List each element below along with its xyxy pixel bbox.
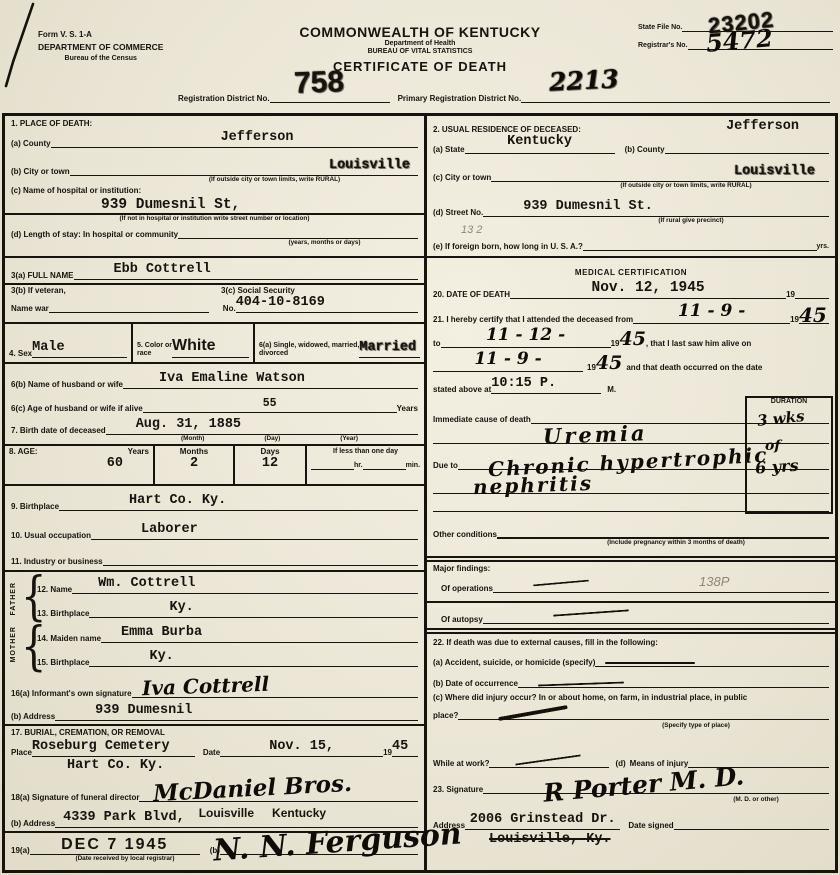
left-column: 1. PLACE OF DEATH: (a) County Jefferson …	[5, 116, 427, 870]
date-of-death-row: 20. DATE OF DEATH Nov. 12, 1945 19	[427, 276, 835, 302]
fullname-value: Ebb Cottrell	[114, 262, 211, 277]
to-label: to	[433, 339, 441, 348]
industry-row: 11. Industry or business	[5, 543, 424, 572]
father-side-label: FATHER	[10, 582, 17, 615]
place-hospital-value: 939 Dumesnil St,	[101, 197, 240, 213]
alive-value: 11 - 9 -	[474, 349, 541, 369]
spouse-value: Iva Emaline Watson	[159, 371, 305, 386]
veteran-label: 3(b) If veteran,	[11, 286, 221, 295]
operations-label: Of operations	[441, 584, 493, 593]
other-conditions-row: Other conditions (Include pregnancy with…	[427, 526, 835, 556]
mother-name-label: 14. Maiden name	[37, 634, 101, 643]
dept-health: Department of Health	[250, 40, 590, 48]
age-label: 8. AGE:	[9, 447, 38, 456]
father-brace: {	[21, 574, 37, 621]
major-findings-label: Major findings:	[433, 564, 829, 573]
duration-value-2: of	[765, 438, 831, 454]
header-right: State File No. 23202 Registrar's No. 547…	[638, 24, 833, 50]
birthdate-label: 7. Birth date of deceased	[11, 426, 106, 435]
dept-commerce: DEPARTMENT OF COMMERCE	[38, 43, 163, 53]
age-less-label: If less than one day	[311, 448, 420, 456]
industry-label: 11. Industry or business	[11, 557, 103, 566]
burial-title: 17. BURIAL, CREMATION, OR REMOVAL	[11, 728, 418, 737]
burial-date-value: Nov. 15,	[269, 739, 334, 754]
time-of-death-value: 10:15 P.	[491, 376, 556, 391]
place-county-value: Jefferson	[221, 130, 294, 145]
dod-label: 20. DATE OF DEATH	[433, 290, 510, 299]
dod-year-prefix: 19	[786, 290, 795, 299]
attended-to-value: 11 - 12 -	[486, 325, 565, 345]
birthplace-row: 9. Birthplace Hart Co. Ky.	[5, 486, 424, 514]
to-year-value: 45	[619, 328, 645, 350]
birthplace-label: 9. Birthplace	[11, 502, 59, 511]
age-section: 8. AGE: Years 60 Months 2 Days 12 If les…	[5, 446, 424, 486]
primary-district-label: Primary Registration District No.	[398, 94, 522, 103]
age-years-value: 60	[9, 456, 149, 471]
external-c-label1: (c) Where did injury occur? In or about …	[433, 693, 829, 702]
place-hospital-note: (If not in hospital or institution write…	[11, 215, 418, 222]
informant-addr-label: (b) Address	[11, 712, 55, 721]
birthdate-row: 7. Birth date of deceased Aug. 31, 1885 …	[5, 416, 424, 446]
form-number: Form V. S. 1-A	[38, 30, 163, 39]
duration-value-3: 6 yrs	[754, 453, 831, 477]
residence-street-note: (If rural give precinct)	[553, 217, 829, 224]
informant-sig-label: 16(a) Informant's own signature	[11, 689, 132, 698]
physician-sig-note: (M. D. or other)	[683, 796, 829, 803]
occupation-value: Laborer	[141, 522, 198, 537]
day-note: (Day)	[264, 435, 280, 442]
residence-section: 2. USUAL RESIDENCE OF DECEASED: Jefferso…	[427, 116, 835, 258]
residence-county-value: Jefferson	[726, 119, 799, 134]
medical-title-row: MEDICAL CERTIFICATION	[427, 258, 835, 276]
from-year-prefix: 19	[790, 315, 799, 324]
operations-pencil-note: 138P	[699, 574, 729, 589]
autopsy-label: Of autopsy	[441, 615, 483, 624]
certify-text-3: and that death occurred on the date	[626, 363, 762, 372]
race-label2: race	[137, 350, 172, 358]
received-date-stamp: DEC 7 1945	[61, 836, 168, 854]
place-stay-label: (d) Length of stay: In hospital or commu…	[11, 230, 178, 239]
received-label: 19(a)	[11, 846, 30, 855]
age-min-label: min.	[406, 462, 420, 470]
alive-year-value: 45	[596, 352, 622, 374]
marital-label1: 6(a) Single, widowed, married,	[259, 342, 359, 350]
sex-label: 4. Sex	[9, 349, 32, 358]
physician-addr-value: 2006 Grinstead Dr.	[470, 812, 616, 827]
external-c-note: (Specify type of place)	[563, 722, 829, 729]
veteran-label2: Name war	[11, 304, 49, 313]
place-title: 1. PLACE OF DEATH:	[11, 119, 92, 128]
bureau-vital: BUREAU OF VITAL STATISTICS	[250, 48, 590, 56]
spouse-row: 6(b) Name of husband or wife Iva Emaline…	[5, 364, 424, 392]
marital-value: Married	[359, 340, 416, 355]
place-city-note: (If outside city or town limits, write R…	[131, 176, 418, 183]
pen-mark	[553, 610, 629, 617]
physician-addr-value2: Louisville, Ky.	[489, 832, 829, 847]
external-title: 22. If death was due to external causes,…	[433, 638, 829, 647]
sex-value: Male	[32, 340, 64, 355]
external-causes-section: 22. If death was due to external causes,…	[427, 634, 835, 746]
meridiem-label: M.	[607, 385, 616, 394]
cause-of-death-section: Immediate cause of death Uremia Due to C…	[427, 398, 835, 526]
residence-city-value: Louisville	[734, 164, 815, 179]
residence-state-label: (a) State	[433, 145, 465, 154]
physician-sig-label: 23. Signature	[433, 785, 483, 794]
veteran-ss-section: 3(b) If veteran, 3(c) Social Security Na…	[5, 285, 424, 324]
occupation-label: 10. Usual occupation	[11, 531, 91, 540]
from-year-value: 45	[799, 303, 827, 327]
burial-date-label: Date	[203, 748, 220, 757]
residence-city-label: (c) City or town	[433, 173, 491, 182]
external-b-label: (b) Date of occurrence	[433, 679, 518, 688]
burial-year-prefix: 19	[383, 748, 392, 757]
certify-text-2: , that I last saw him alive on	[646, 339, 751, 348]
burial-year-value: 45	[392, 739, 408, 754]
pen-mark	[605, 662, 695, 664]
duration-value-1: 3 wks	[756, 404, 831, 430]
spouse-age-row: 6(c) Age of husband or wife if alive 55 …	[5, 392, 424, 416]
birthdate-value: Aug. 31, 1885	[136, 417, 241, 432]
external-a-label: (a) Accident, suicide, or homicide (spec…	[433, 658, 595, 667]
place-city-value: Louisville	[329, 158, 410, 173]
year-note: (Year)	[340, 435, 358, 442]
to-year-prefix: 19	[611, 339, 620, 348]
state-file-label: State File No.	[638, 24, 682, 32]
registrar-section: 19(a) DEC 7 1945 (b) (Date received by l…	[5, 833, 424, 870]
right-column: 2. USUAL RESIDENCE OF DECEASED: Jefferso…	[427, 116, 835, 870]
informant-signature: Iva Cottrell	[141, 672, 269, 700]
fullname-label: 3(a) FULL NAME	[11, 271, 74, 280]
death-certificate-scan: Form V. S. 1-A DEPARTMENT OF COMMERCE Bu…	[0, 0, 840, 875]
funeral-director-signature: McDaniel Bros.	[153, 770, 353, 807]
attended-from-value: 11 - 9 -	[678, 301, 745, 321]
residence-street-value: 939 Dumesnil St.	[523, 199, 653, 214]
funeral-director-row: 18(a) Signature of funeral director McDa…	[5, 776, 424, 804]
certificate-body: 1. PLACE OF DEATH: (a) County Jefferson …	[2, 113, 838, 873]
place-county-label: (a) County	[11, 139, 51, 148]
funeral-addr-label: (b) Address	[11, 819, 55, 828]
race-value: White	[172, 337, 216, 355]
while-at-work-label: While at work?	[433, 759, 489, 768]
burial-place-label: Place	[11, 748, 32, 757]
header-left: Form V. S. 1-A DEPARTMENT OF COMMERCE Bu…	[38, 30, 163, 63]
funeral-city: Louisville	[199, 806, 254, 820]
funeral-director-label: 18(a) Signature of funeral director	[11, 793, 139, 802]
burial-place-value: Roseburg Cemetery	[32, 739, 170, 754]
bureau-census: Bureau of the Census	[38, 55, 163, 63]
age-hr-label: hr.	[354, 462, 363, 470]
residence-foreign-suffix: yrs.	[817, 243, 829, 251]
burial-place-value2: Hart Co. Ky.	[67, 758, 418, 773]
informant-address-row: (b) Address 939 Dumesnil	[5, 700, 424, 726]
father-name-value: Wm. Cottrell	[98, 576, 195, 591]
residence-title: 2. USUAL RESIDENCE OF DECEASED:	[433, 125, 581, 134]
place-of-death-section: 1. PLACE OF DEATH: (a) County Jefferson …	[5, 116, 424, 258]
sex-race-marital-section: 4. Sex Male 5. Color or race White 6(a) …	[5, 324, 424, 364]
registrar-number: 5472	[705, 23, 774, 58]
district-line: Registration District No. 758 Primary Re…	[178, 92, 830, 103]
dod-value: Nov. 12, 1945	[592, 280, 705, 296]
physician-signature-row: 23. Signature R Porter M. D. (M. D. or o…	[427, 770, 835, 806]
pen-mark	[538, 682, 624, 687]
parents-section: FATHER MOTHER { { 12. Name Wm. Cottrell …	[5, 572, 424, 672]
occupation-row: 10. Usual occupation Laborer	[5, 514, 424, 543]
fullname-row: 3(a) FULL NAME Ebb Cottrell	[5, 258, 424, 285]
cause-label: Immediate cause of death	[433, 415, 531, 424]
major-findings-section: Major findings: Of operations 138P Of au…	[427, 562, 835, 628]
pen-scribble-mark	[499, 705, 569, 721]
ss-value: 404-10-8169	[236, 295, 325, 310]
other-conditions-label: Other conditions	[433, 530, 497, 539]
reg-district-number: 758	[293, 65, 344, 101]
burial-section: 17. BURIAL, CREMATION, OR REMOVAL Place …	[5, 726, 424, 776]
spouse-label: 6(b) Name of husband or wife	[11, 380, 123, 389]
reg-district-label: Registration District No.	[178, 94, 270, 103]
birthplace-value: Hart Co. Ky.	[129, 493, 226, 508]
place-hospital-label: (c) Name of hospital or institution:	[11, 186, 141, 195]
age-years-label: Years	[128, 447, 149, 456]
spouse-age-value: 55	[263, 397, 277, 410]
mother-brace: {	[21, 624, 37, 671]
residence-county-label: (b) County	[625, 145, 665, 154]
residence-street-label: (d) Street No.	[433, 208, 483, 217]
ss-no-label: No.	[223, 304, 236, 313]
mother-name-value: Emma Burba	[121, 625, 202, 640]
funeral-state: Kentucky	[272, 806, 326, 820]
ss-label: 3(c) Social Security	[221, 286, 295, 295]
spouse-age-suffix: Years	[397, 404, 418, 413]
registrar-no-label: Registrar's No.	[638, 42, 688, 50]
external-c-label2: place?	[433, 711, 458, 720]
age-days-label: Days	[239, 447, 301, 456]
certify-text-4: stated above at	[433, 385, 491, 394]
marital-label2: divorced	[259, 350, 359, 358]
certification-section: 21. I hereby certify that I attended the…	[427, 302, 835, 398]
pencil-note: 13 2	[461, 224, 829, 236]
residence-city-note: (If outside city or town limits, write R…	[543, 182, 829, 189]
month-note: (Month)	[181, 435, 204, 442]
physician-address-section: Address 2006 Grinstead Dr. Date signed L…	[427, 806, 835, 870]
mother-side-label: MOTHER	[10, 626, 17, 662]
mother-birthplace-value: Ky.	[149, 649, 173, 664]
commonwealth-title: COMMONWEALTH OF KENTUCKY	[250, 24, 590, 40]
place-city-label: (b) City or town	[11, 167, 70, 176]
other-conditions-note: (Include pregnancy within 3 months of de…	[523, 539, 829, 546]
alive-year-prefix: 19	[587, 363, 596, 372]
received-note: (Date received by local registrar)	[35, 855, 215, 862]
age-days-value: 12	[239, 456, 301, 471]
spouse-age-label: 6(c) Age of husband or wife if alive	[11, 404, 143, 413]
funeral-addr-value: 4339 Park Blvd,	[63, 810, 185, 825]
informant-signature-row: 16(a) Informant's own signature Iva Cott…	[5, 672, 424, 700]
father-birthplace-value: Ky.	[169, 600, 193, 615]
due-to-label: Due to	[433, 461, 458, 470]
certify-text-1: 21. I hereby certify that I attended the…	[433, 315, 633, 324]
age-months-value: 2	[159, 456, 229, 471]
pen-mark	[533, 580, 589, 587]
race-label1: 5. Color or	[137, 342, 172, 350]
residence-foreign-label: (e) If foreign born, how long in U. S. A…	[433, 242, 583, 251]
residence-state-value: Kentucky	[507, 134, 572, 149]
primary-district-number: 2213	[548, 64, 619, 97]
date-signed-label: Date signed	[628, 821, 673, 830]
age-months-label: Months	[159, 447, 229, 456]
informant-addr-value: 939 Dumesnil	[95, 703, 192, 718]
place-stay-note: (years, months or days)	[231, 239, 418, 246]
duration-box: DURATION 3 wks of 6 yrs	[745, 396, 833, 514]
